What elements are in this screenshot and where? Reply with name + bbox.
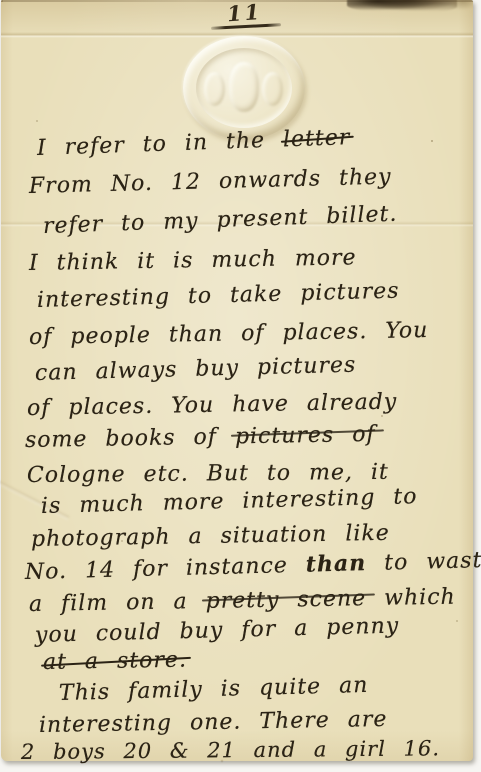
handwriting-line: at a store.	[43, 647, 187, 675]
text-segment: From No. 12 onwards they	[29, 165, 392, 199]
text-segment: refer to my present billet.	[43, 202, 398, 239]
text-segment: interesting one. There are	[39, 707, 388, 738]
text-segment: Cologne etc. But to me, it	[27, 460, 389, 488]
scan-background: 11 I refer to in the letterFrom No. 12 o…	[0, 0, 481, 772]
struck-text: letter	[283, 125, 351, 152]
text-segment: I think it is much more	[29, 245, 357, 276]
text-segment: This family is quite an	[59, 673, 369, 706]
struck-text: pictures of	[235, 422, 376, 449]
handwriting-line: Cologne etc. But to me, it	[27, 460, 389, 488]
handwriting-line: refer to my present billet.	[43, 202, 398, 239]
handwriting-line: interesting one. There are	[39, 707, 388, 738]
handwriting-line: some books of pictures of	[25, 422, 376, 453]
text-segment: some books of	[25, 424, 235, 453]
handwriting-line: of people than of places. You	[29, 318, 429, 350]
handwriting-line: No. 14 for instance than to waste	[25, 547, 481, 585]
handwriting-line: 2 boys 20 & 21 and a girl 16.	[21, 736, 440, 764]
handwriting-line: is much more interesting to	[41, 484, 418, 519]
text-segment: is much more interesting to	[41, 484, 418, 519]
handwriting-line: This family is quite an	[59, 673, 369, 706]
handwriting-line: I refer to in the letter	[37, 125, 351, 161]
handwriting-line: of places. You have already	[27, 390, 398, 421]
struck-text: pretty scene	[205, 586, 366, 614]
text-segment: photograph a situation like	[31, 521, 390, 552]
text-segment: which	[366, 585, 456, 612]
text-segment: you could buy for a penny	[35, 613, 400, 648]
text-segment: I refer to in the	[37, 127, 284, 161]
text-segment: can always buy pictures	[35, 353, 357, 386]
text-segment: than	[306, 550, 367, 578]
handwriting-line: I think it is much more	[29, 245, 357, 276]
text-segment: 2 boys 20 & 21 and a girl 16.	[21, 736, 440, 764]
handwriting-line: photograph a situation like	[31, 521, 390, 552]
text-segment: No. 14 for instance	[25, 553, 306, 585]
text-segment: of people than of places. You	[29, 318, 429, 350]
handwriting-line: you could buy for a penny	[35, 613, 400, 648]
struck-text: at a store.	[43, 647, 187, 675]
text-segment: of places. You have already	[27, 390, 398, 421]
handwriting-line: a film on a pretty scene which	[29, 585, 456, 617]
handwriting-line: interesting to take pictures	[37, 279, 400, 313]
handwriting-line: can always buy pictures	[35, 353, 357, 386]
letter-page: 11 I refer to in the letterFrom No. 12 o…	[1, 0, 473, 761]
text-segment: interesting to take pictures	[37, 279, 400, 313]
handwriting-line: From No. 12 onwards they	[29, 165, 392, 199]
handwriting-text: I refer to in the letterFrom No. 12 onwa…	[1, 0, 473, 761]
text-segment: to waste	[366, 548, 481, 576]
text-segment: a film on a	[29, 589, 206, 617]
